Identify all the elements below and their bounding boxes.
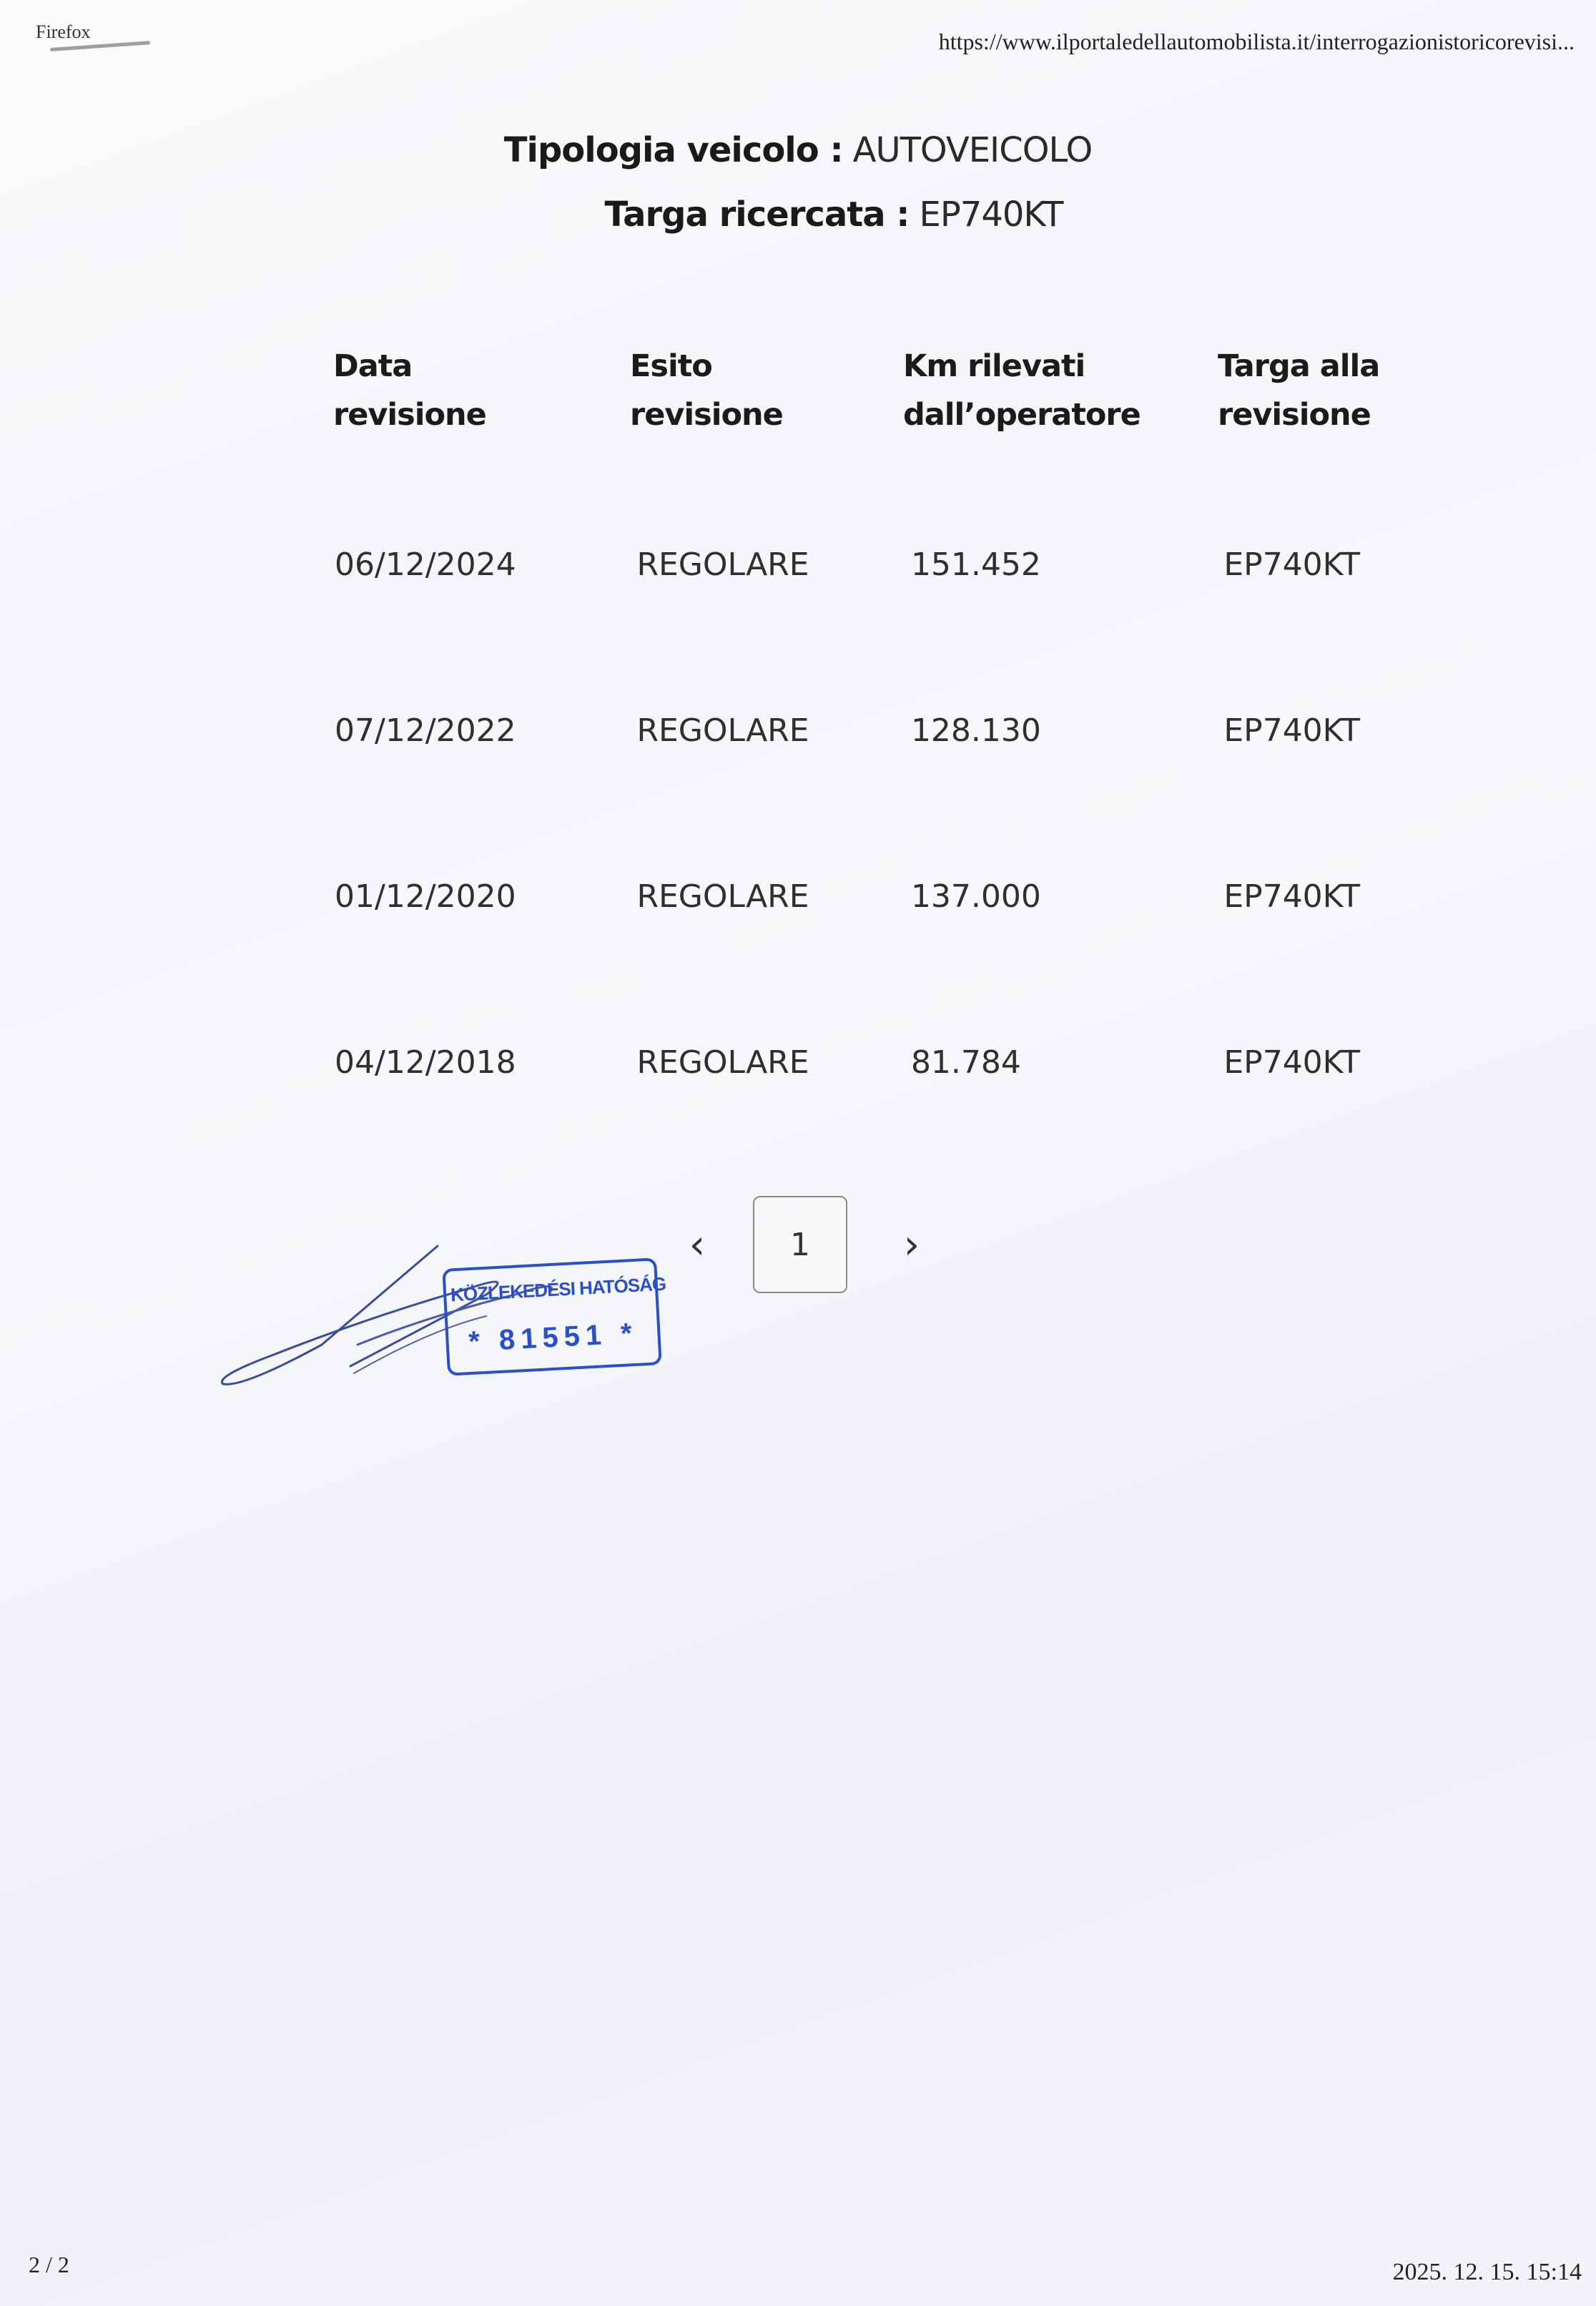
browser-label-text: Firefox — [36, 21, 91, 42]
plate-line: Targa ricercata :EP740KT — [72, 182, 1596, 247]
pen-underline-mark — [50, 41, 150, 51]
column-header-km-line2: dall’operatore — [903, 391, 1218, 439]
table-row: 07/12/2022 REGOLARE 128.130 EP740KT — [333, 712, 1420, 878]
column-header-date-line2: revisione — [333, 391, 630, 439]
pagination: ‹ 1 › — [676, 1196, 933, 1293]
plate-label: Targa ricercata : — [605, 195, 910, 235]
signature-and-stamp: KÖZLEKEDÉSI HATÓSÁG * 81551 * — [215, 1237, 715, 1395]
stamp-organization: KÖZLEKEDÉSI HATÓSÁG — [450, 1273, 666, 1307]
vehicle-type-value: AUTOVEICOLO — [853, 130, 1093, 170]
cell-date: 01/12/2020 — [333, 878, 631, 915]
official-stamp: KÖZLEKEDÉSI HATÓSÁG * 81551 * — [442, 1257, 661, 1375]
column-header-result-line1: Esito — [630, 342, 903, 391]
cell-km: 151.452 — [904, 546, 1218, 583]
table-row: 01/12/2020 REGOLARE 137.000 EP740KT — [333, 878, 1420, 1044]
cell-result: REGOLARE — [631, 712, 904, 749]
column-header-result-line2: revisione — [630, 391, 903, 439]
cell-result: REGOLARE — [631, 546, 904, 583]
table-header: Data revisione Esito revisione Km rileva… — [333, 342, 1420, 439]
cell-km: 137.000 — [904, 878, 1218, 915]
cell-plate: EP740KT — [1218, 546, 1420, 583]
chevron-right-icon[interactable]: › — [890, 1222, 933, 1268]
table-row: 04/12/2018 REGOLARE 81.784 EP740KT — [333, 1044, 1420, 1210]
column-header-plate: Targa alla revisione — [1218, 342, 1420, 439]
print-header-url: https://www.ilportaledellautomobilista.i… — [939, 29, 1575, 55]
cell-km: 128.130 — [904, 712, 1218, 749]
inspection-history-table: Data revisione Esito revisione Km rileva… — [333, 342, 1420, 1210]
column-header-result: Esito revisione — [630, 342, 903, 439]
table-row: 06/12/2024 REGOLARE 151.452 EP740KT — [333, 546, 1420, 712]
page-button-current[interactable]: 1 — [753, 1196, 847, 1293]
cell-plate: EP740KT — [1218, 712, 1420, 749]
search-summary: Tipologia veicolo :AUTOVEICOLO Targa ric… — [0, 118, 1596, 247]
vehicle-type-line: Tipologia veicolo :AUTOVEICOLO — [0, 118, 1596, 182]
table-body: 06/12/2024 REGOLARE 151.452 EP740KT 07/1… — [333, 546, 1420, 1210]
cell-date: 06/12/2024 — [333, 546, 631, 583]
cell-result: REGOLARE — [631, 1044, 904, 1081]
cell-date: 04/12/2018 — [333, 1044, 631, 1081]
cell-plate: EP740KT — [1218, 878, 1420, 915]
column-header-plate-line2: revisione — [1218, 391, 1420, 439]
column-header-km-line1: Km rilevati — [903, 342, 1218, 391]
stamp-number: * 81551 * — [448, 1316, 659, 1359]
print-header-browser-label: Firefox — [36, 21, 91, 43]
column-header-km: Km rilevati dall’operatore — [903, 342, 1218, 439]
print-timestamp: 2025. 12. 15. 15:14 — [1393, 2259, 1582, 2286]
column-header-date-line1: Data — [333, 342, 630, 391]
cell-plate: EP740KT — [1218, 1044, 1420, 1081]
column-header-plate-line1: Targa alla — [1218, 342, 1420, 391]
cell-result: REGOLARE — [631, 878, 904, 915]
chevron-left-icon[interactable]: ‹ — [676, 1222, 719, 1268]
vehicle-type-label: Tipologia veicolo : — [504, 130, 843, 170]
plate-value: EP740KT — [920, 195, 1063, 235]
cell-date: 07/12/2022 — [333, 712, 631, 749]
cell-km: 81.784 — [904, 1044, 1218, 1081]
column-header-date: Data revisione — [333, 342, 630, 439]
print-page-indicator: 2 / 2 — [29, 2252, 69, 2278]
